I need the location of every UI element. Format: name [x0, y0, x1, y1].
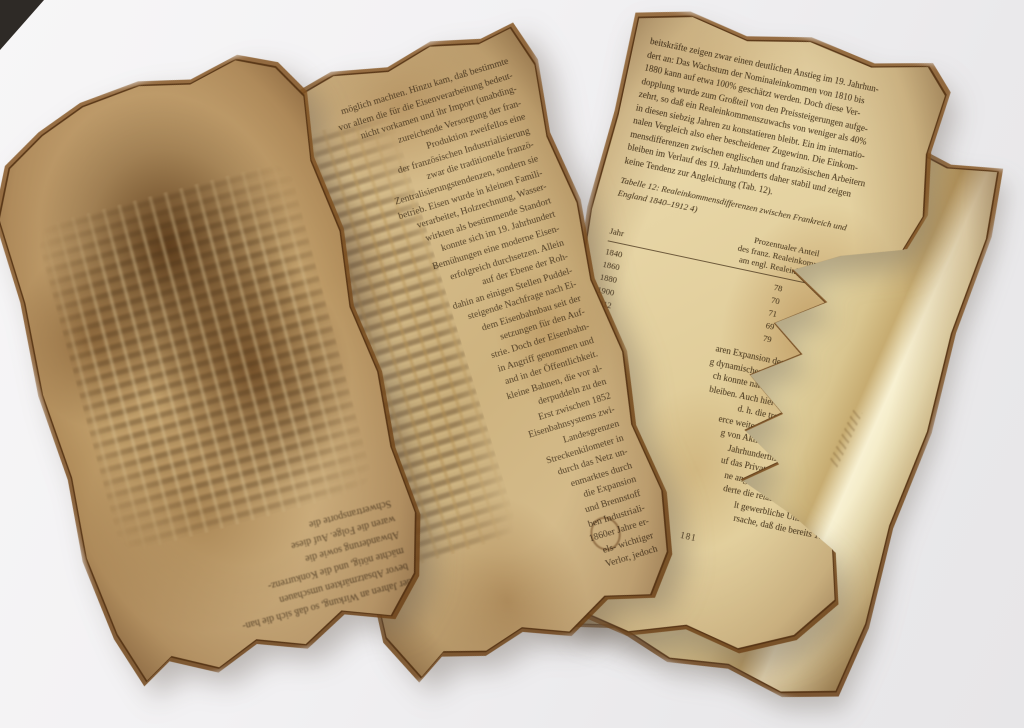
photo-surface: ·· ······ ····· beitskräfte zeigen zwar … [0, 0, 1024, 728]
illegible-text-smudge [35, 159, 375, 555]
photo-corner-shadow [0, 0, 44, 50]
